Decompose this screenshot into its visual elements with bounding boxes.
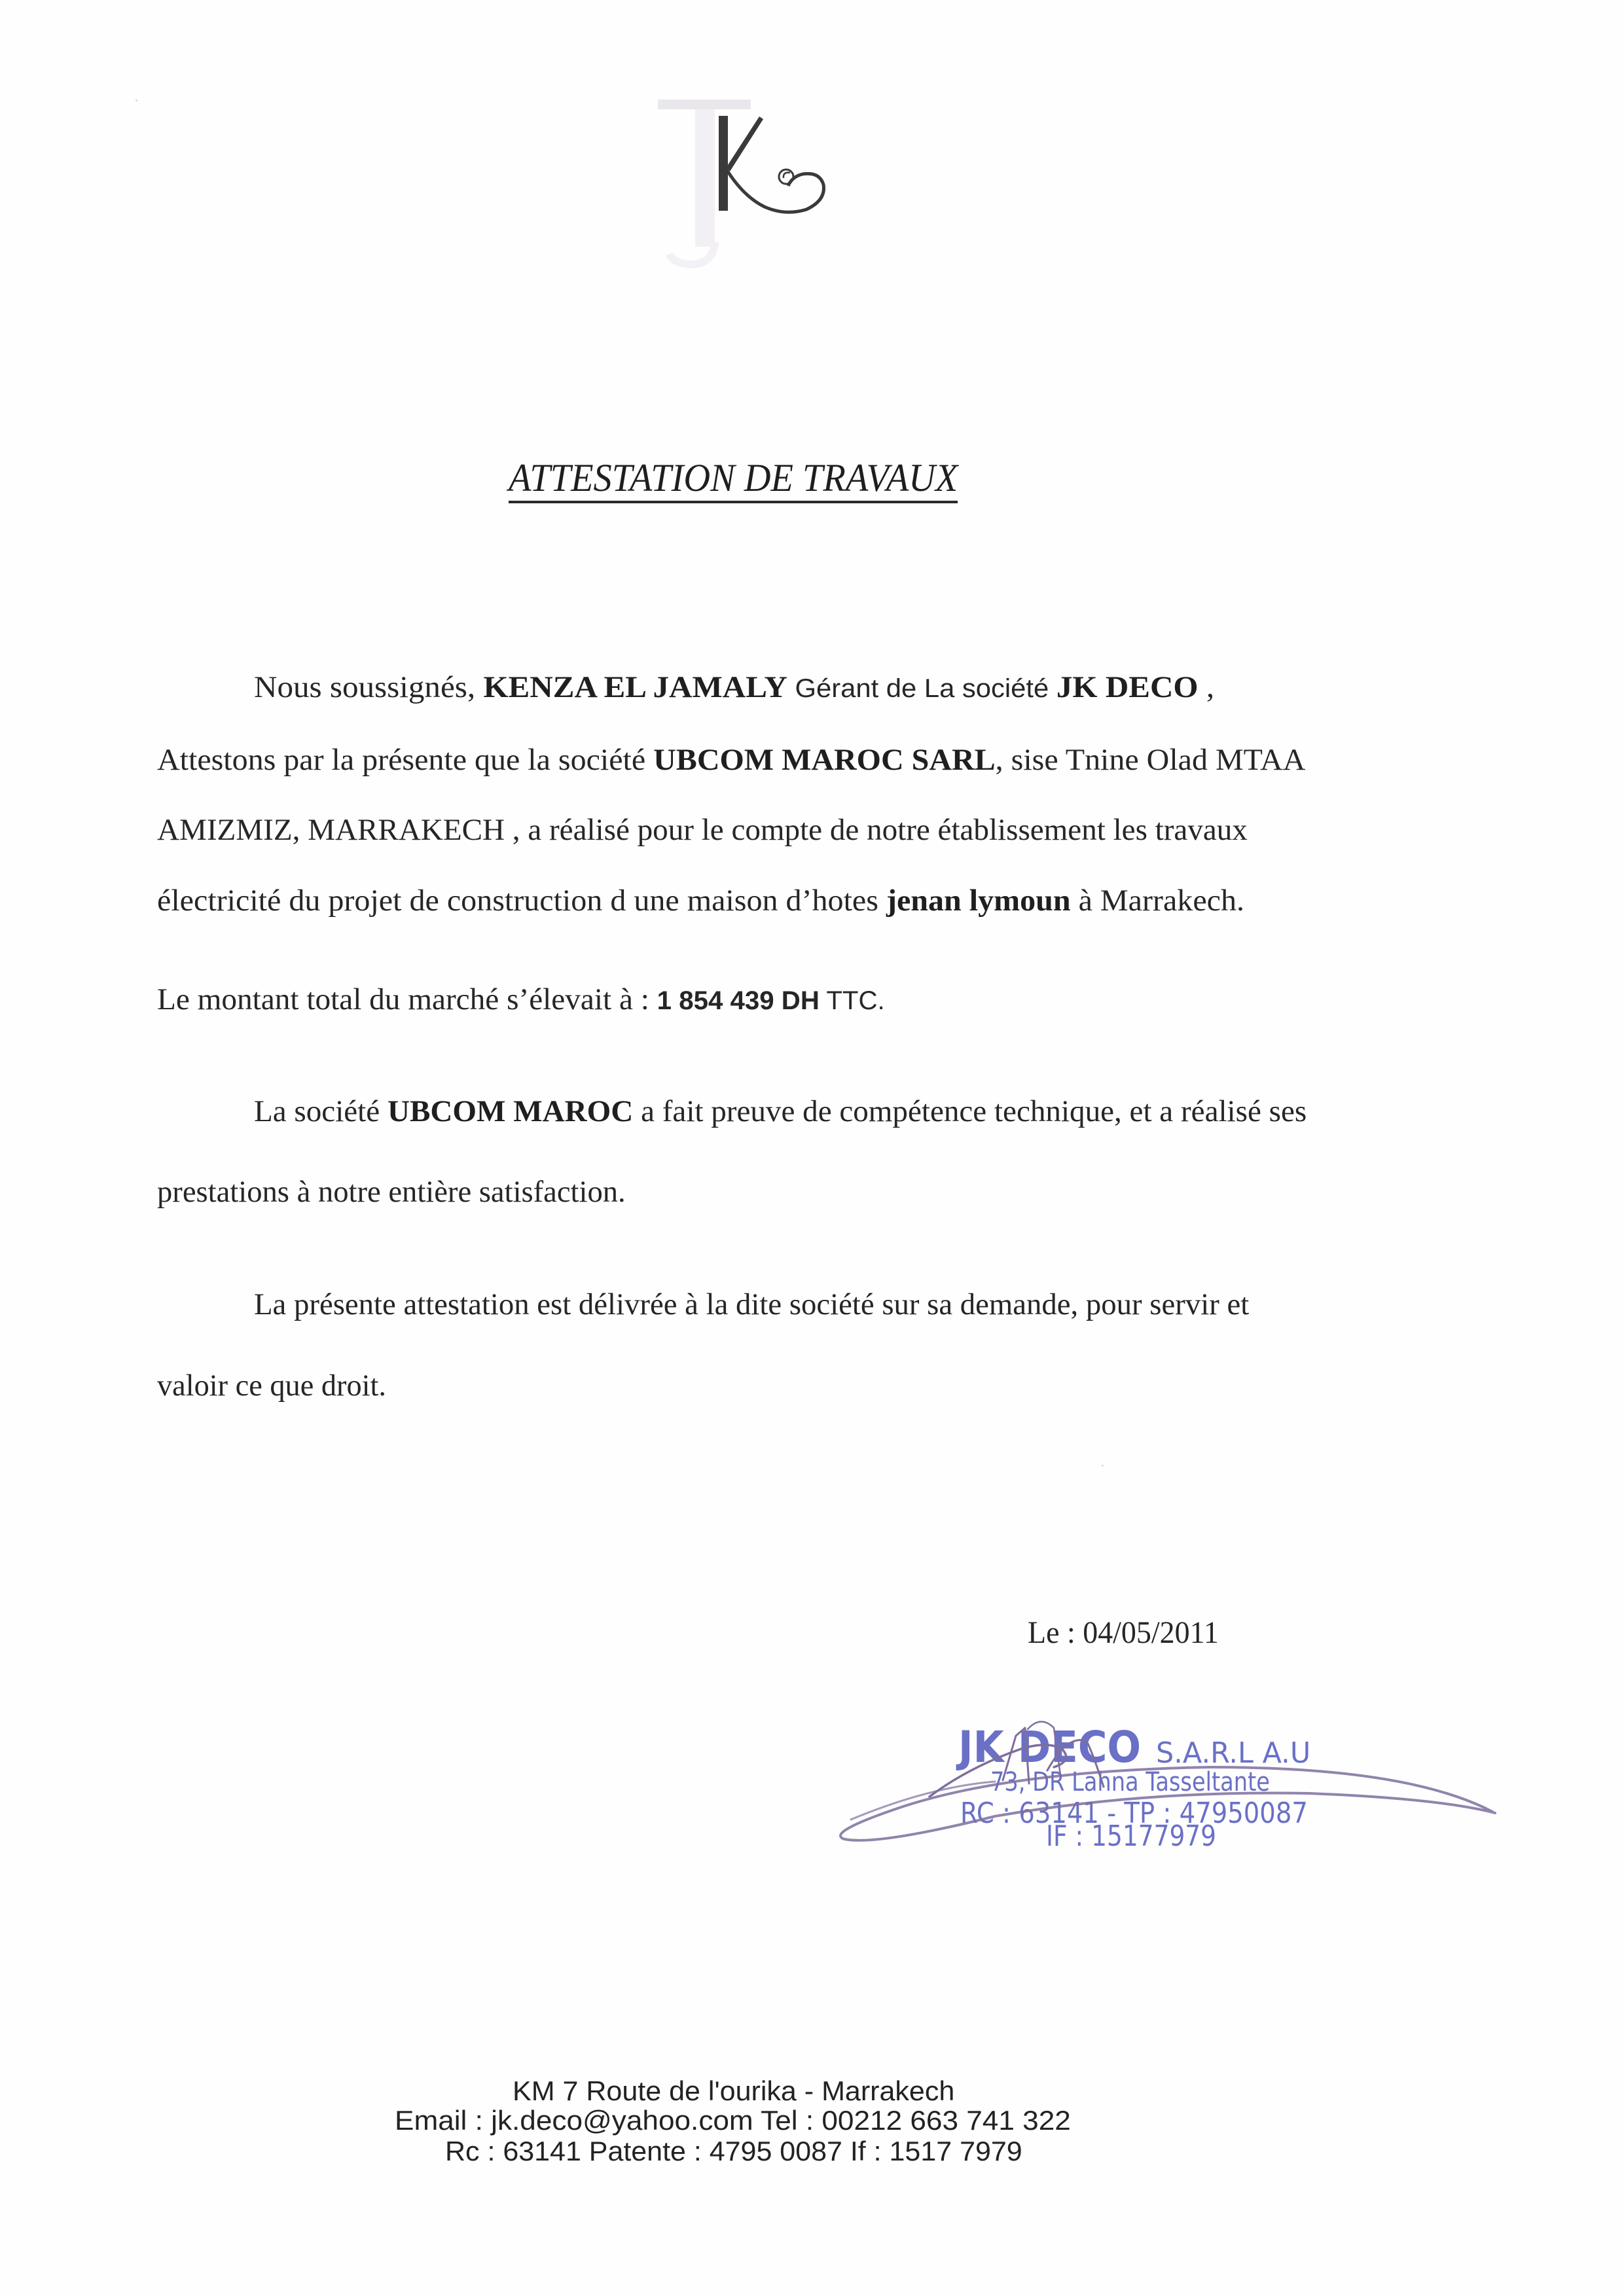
body-line: Attestons par la présente que la société… bbox=[157, 745, 1305, 776]
text-run: Gérant de La société bbox=[787, 674, 1056, 703]
text-run: , sise Tnine Olad MTAA bbox=[996, 743, 1306, 777]
k-letter bbox=[719, 116, 823, 212]
document-title: ATTESTATION DE TRAVAUX bbox=[509, 458, 958, 497]
jk-deco-logo-icon bbox=[0, 0, 1624, 295]
stamp-tax-id: IF : 15177979 bbox=[1046, 1822, 1216, 1851]
body-line: AMIZMIZ, MARRAKECH , a réalisé pour le c… bbox=[157, 815, 1248, 846]
scan-speck bbox=[135, 99, 137, 101]
scan-speck bbox=[1102, 1465, 1104, 1467]
footer-registration: Rc : 63141 Patente : 4795 0087 If : 1517… bbox=[445, 2138, 1022, 2165]
text-run: TTC. bbox=[820, 986, 885, 1015]
footer-contact: Email : jk.deco@yahoo.com Tel : 00212 66… bbox=[395, 2107, 1071, 2134]
stamp-company-name: JK DECO bbox=[958, 1726, 1141, 1769]
issuer-company-name: JK DECO bbox=[1056, 670, 1199, 704]
text-run: électricité du projet de construction d … bbox=[157, 884, 886, 918]
body-line: électricité du projet de construction d … bbox=[157, 886, 1244, 916]
text-run: La présente attestation est délivrée à l… bbox=[254, 1287, 1249, 1321]
body-line: prestations à notre entière satisfaction… bbox=[157, 1177, 626, 1208]
body-line: Le montant total du marché s’élevait à :… bbox=[157, 984, 885, 1015]
project-name: jenan lymoun bbox=[886, 884, 1071, 918]
document-page: ATTESTATION DE TRAVAUX Nous soussignés, … bbox=[0, 0, 1624, 2296]
text-run: prestations à notre entière satisfaction… bbox=[157, 1175, 626, 1209]
body-line: La présente attestation est délivrée à l… bbox=[254, 1289, 1249, 1320]
text-run: à Marrakech. bbox=[1071, 884, 1244, 918]
issue-date: Le : 04/05/2011 bbox=[1028, 1617, 1219, 1649]
text-run: Attestons par la présente que la société bbox=[157, 743, 653, 777]
contract-amount: 1 854 439 DH bbox=[657, 986, 820, 1015]
text-run: Le montant total du marché s’élevait à : bbox=[157, 982, 657, 1016]
body-line: valoir ce que droit. bbox=[157, 1371, 386, 1401]
footer-address: KM 7 Route de l'ourika - Marrakech bbox=[513, 2077, 954, 2105]
text-run: valoir ce que droit. bbox=[157, 1369, 386, 1403]
contractor-company-name: UBCOM MAROC SARL bbox=[653, 743, 996, 777]
body-line: Nous soussignés, KENZA EL JAMALY Gérant … bbox=[254, 672, 1214, 703]
text-run: AMIZMIZ, MARRAKECH , a réalisé pour le c… bbox=[157, 813, 1248, 847]
text-run: a fait preuve de compétence technique, e… bbox=[633, 1094, 1307, 1128]
stamp-address: 73, DR Lahna Tasseltante bbox=[990, 1769, 1270, 1795]
text-run: La société bbox=[254, 1094, 388, 1128]
text-run: Nous soussignés, bbox=[254, 670, 483, 704]
title-underline bbox=[509, 501, 958, 503]
contractor-company-name: UBCOM MAROC bbox=[388, 1094, 633, 1128]
handwritten-signature-icon bbox=[0, 0, 1624, 2296]
text-run: , bbox=[1199, 670, 1215, 704]
manager-name: KENZA EL JAMALY bbox=[483, 670, 787, 704]
body-line: La société UBCOM MAROC a fait preuve de … bbox=[254, 1096, 1307, 1127]
stamp-legal-form: S.A.R.L A.U bbox=[1156, 1739, 1310, 1768]
